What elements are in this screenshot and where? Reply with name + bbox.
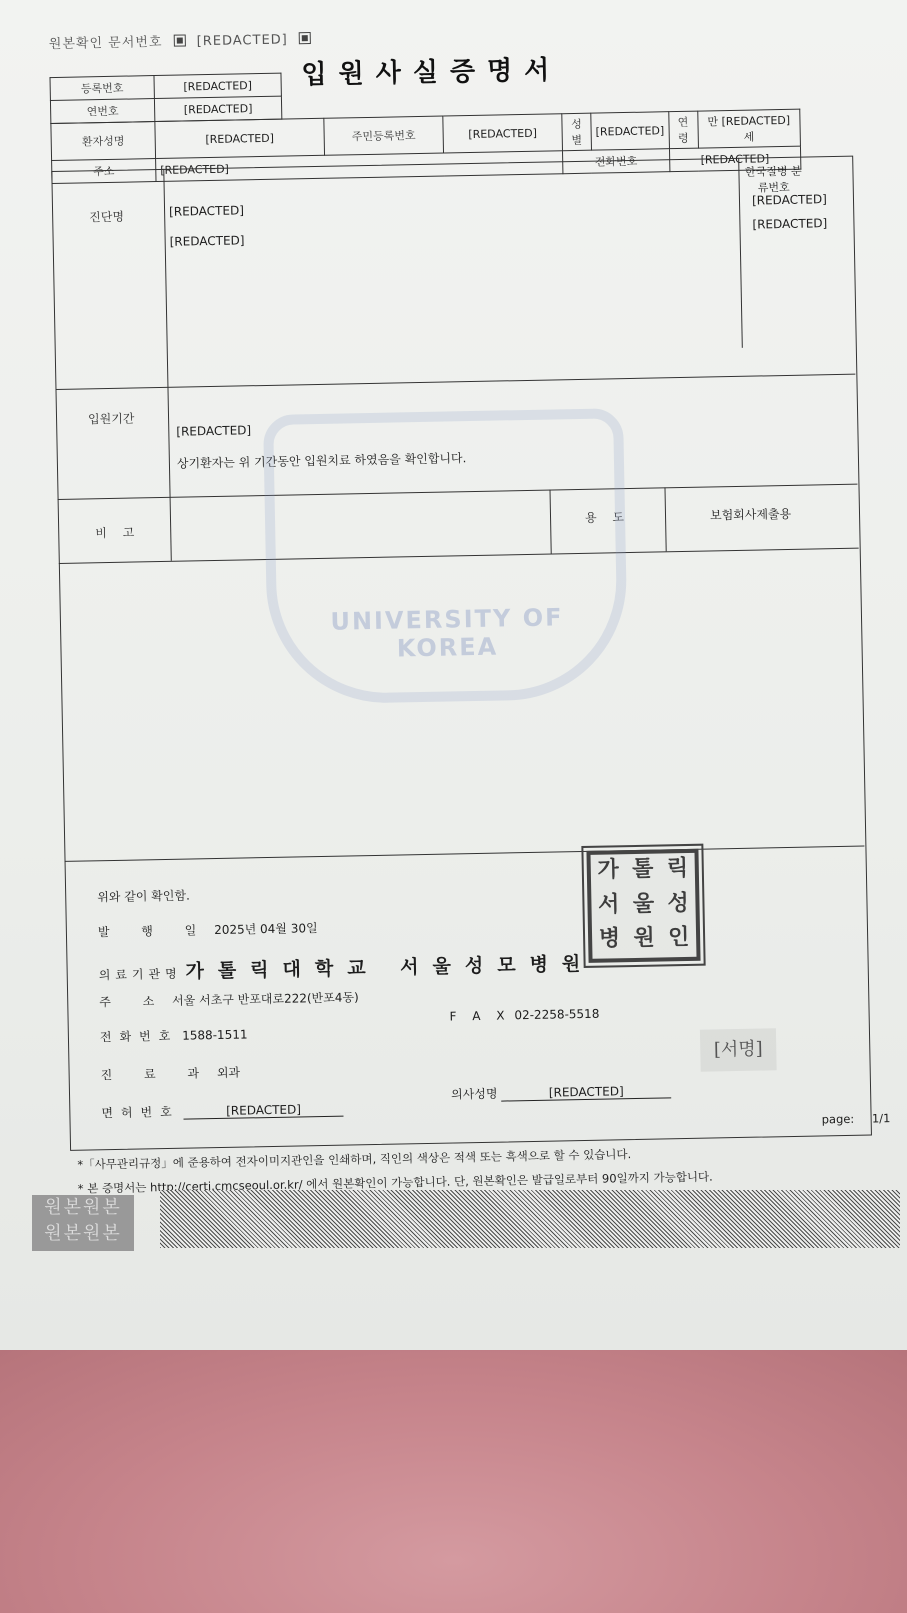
purpose-value: 보험회사제출용 <box>710 505 791 524</box>
fax-value: 02-2258-5518 <box>514 1007 599 1023</box>
doc-check-line: 원본확인 문서번호 [REDACTED] <box>49 28 317 52</box>
inst-address-label: 주 소 <box>99 994 168 1009</box>
doc-number: [REDACTED] <box>197 32 288 49</box>
dept-value: 외과 <box>217 1066 240 1080</box>
rrn-label: 주민등록번호 <box>324 116 444 155</box>
code-header: 한국질병 분류번호 <box>743 163 804 196</box>
original-stamp: 원본원본 원본원본 <box>32 1195 134 1251</box>
inst-phone-label: 전화번호 <box>100 1029 179 1045</box>
seal-char: 인 <box>661 922 696 957</box>
doctor-label: 의사성명 <box>451 1087 498 1102</box>
verification-barcode <box>160 1190 900 1248</box>
registration-table: 등록번호 [REDACTED] 연번호 [REDACTED] <box>49 73 282 124</box>
reg-no-value: [REDACTED] <box>154 73 281 98</box>
confirm-text: 위와 같이 확인함. <box>97 887 190 906</box>
doc-check-label: 원본확인 문서번호 <box>49 35 163 52</box>
footer-note-1: *「사무관리규정」에 준용하여 전자이미지관인을 인쇄하며, 직인의 색상은 적… <box>77 1146 631 1173</box>
square-marker-icon <box>173 34 185 46</box>
dept-label: 진 료 과 <box>101 1066 214 1082</box>
diagnosis-item-1: [REDACTED] <box>169 203 244 218</box>
inst-address: 서울 서초구 반포대로222(반포4동) <box>172 990 359 1008</box>
license-value: [REDACTED] <box>183 1102 343 1120</box>
license-label: 면허번호 <box>101 1105 180 1121</box>
seal-char: 톨 <box>625 853 660 888</box>
issue-date: 2025년 04월 30일 <box>214 921 318 937</box>
hospital-seal: 가톨릭 서울성 병원인 <box>586 849 700 963</box>
remarks-label: 비 고 <box>95 523 140 541</box>
page-value: 1/1 <box>872 1111 891 1125</box>
inst-phone: 1588-1511 <box>182 1027 248 1042</box>
background-fabric <box>0 1350 907 1613</box>
doctor-signature: [서명] <box>700 1028 777 1071</box>
serial-label: 연번호 <box>50 99 154 124</box>
seal-char: 울 <box>626 888 661 923</box>
patient-name-value: [REDACTED] <box>155 118 325 158</box>
issue-date-label: 발 행 일 <box>98 923 211 939</box>
watermark-text: UNIVERSITY OF KOREA <box>277 602 618 665</box>
seal-char: 병 <box>592 923 627 958</box>
diagnosis-code-1: [REDACTED] <box>752 192 827 207</box>
seal-char: 원 <box>627 923 662 958</box>
serial-value: [REDACTED] <box>154 96 281 121</box>
admission-period: [REDACTED] <box>176 423 251 438</box>
square-marker-icon <box>299 32 311 44</box>
age-label: 연령 <box>668 111 698 149</box>
sex-label: 성별 <box>562 113 592 151</box>
rrn-value: [REDACTED] <box>443 114 563 153</box>
seal-char: 성 <box>660 887 695 922</box>
seal-char: 릭 <box>660 853 695 888</box>
document-title: 입원사실증명서 <box>301 49 561 91</box>
age-value: 만 [REDACTED] 세 <box>697 109 800 148</box>
seal-char: 서 <box>591 889 626 924</box>
admission-label: 입원기간 <box>88 409 135 427</box>
page-label: page: <box>822 1112 855 1127</box>
fax-label: F A X <box>449 1008 510 1023</box>
sex-value: [REDACTED] <box>591 112 669 150</box>
diagnosis-label: 진단명 <box>89 208 124 226</box>
certificate-paper: 원본확인 문서번호 [REDACTED] 입원사실증명서 등록번호 [REDAC… <box>0 0 907 1350</box>
diagnosis-item-2: [REDACTED] <box>170 233 245 248</box>
seal-char: 가 <box>591 854 626 889</box>
reg-no-label: 등록번호 <box>50 76 154 101</box>
institution-label: 의료기관명 <box>99 967 182 983</box>
diagnosis-code-2: [REDACTED] <box>752 216 827 231</box>
university-watermark: UNIVERSITY OF KOREA <box>263 408 629 705</box>
patient-name-label: 환자성명 <box>51 122 156 161</box>
